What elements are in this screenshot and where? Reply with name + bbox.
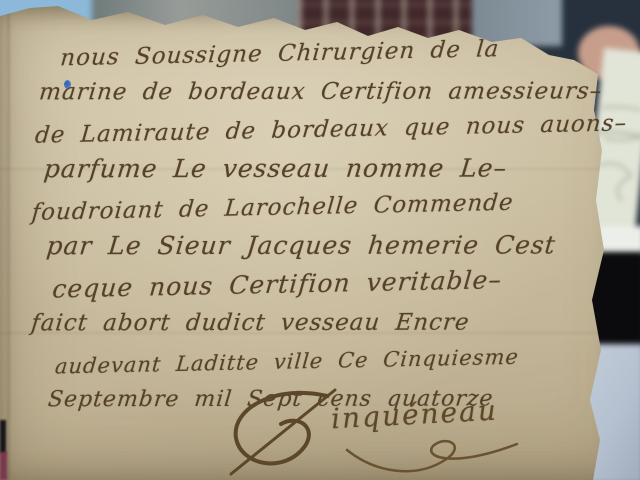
- corner-shadow: [0, 420, 6, 454]
- manuscript-line: foudroiant de Larochelle Commende: [30, 184, 602, 234]
- manuscript-line: ceque nous Certifion veritable–: [51, 261, 603, 311]
- manuscript-line: marine de bordeaux Certifion amessieurs–: [37, 74, 601, 114]
- manuscript-line: de Lamiraute de bordeaux que nous auons–: [33, 107, 601, 157]
- photo-scene: nous Soussigne Chirurgien de la marine d…: [0, 0, 640, 480]
- corner-object: [0, 452, 7, 480]
- manuscript-line: parfume Le vesseau nomme Le–: [42, 151, 602, 191]
- manuscript-text: nous Soussigne Chirurgien de la marine d…: [0, 33, 602, 423]
- signature: inquéneau: [215, 388, 555, 478]
- manuscript-line: nous Soussigne Chirurgien de la: [59, 30, 601, 80]
- manuscript-line: par Le Sieur Jacques hemerie Cest: [44, 228, 602, 267]
- manuscript-line: audevant Laditte ville Ce Cinquiesme: [53, 338, 603, 388]
- manuscript-line: faict abort dudict vesseau Encre: [29, 305, 603, 345]
